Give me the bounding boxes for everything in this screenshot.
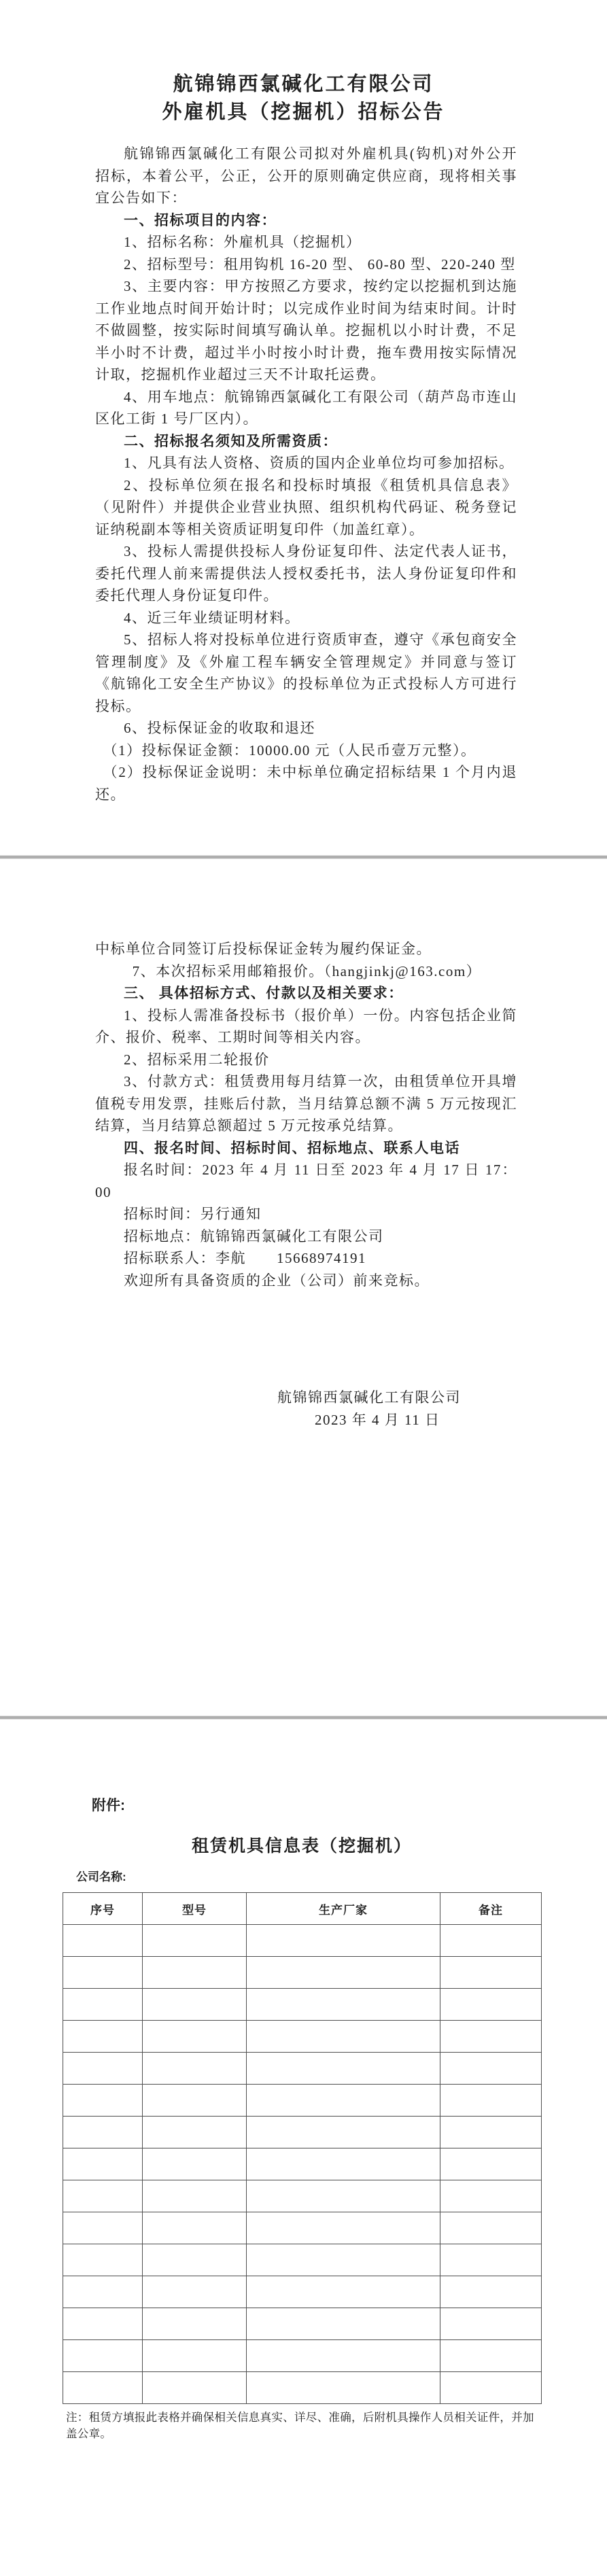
table-cell-empty xyxy=(143,2372,247,2404)
rental-equipment-table: 序号 型号 生产厂家 备注 xyxy=(63,1892,542,2404)
table-cell-empty xyxy=(247,2212,440,2244)
table-cell-empty xyxy=(247,2021,440,2053)
welcome-line: 欢迎所有具备资质的企业（公司）前来竞标。 xyxy=(95,1270,517,1292)
section-1-item-1: 1、招标名称：外雇机具（挖掘机） xyxy=(95,231,517,254)
section-1-item-3: 3、主要内容：甲方按照乙方要求，按约定以挖掘机到达施工作业地点时间开始计时；以完… xyxy=(95,275,517,386)
table-cell-empty xyxy=(143,2340,247,2372)
signature-date: 2023 年 4 月 11 日 xyxy=(315,1409,517,1431)
table-cell-empty xyxy=(143,2308,247,2340)
table-row xyxy=(63,2148,542,2180)
attachment-label: 附件: xyxy=(92,1796,541,1816)
table-cell-empty xyxy=(63,2308,143,2340)
section-4-heading: 四、报名时间、招标时间、招标地点、联系人电话 xyxy=(95,1137,517,1160)
page-2-body: 中标单位合同签订后投标保证金转为履约保证金。 7、本次招标采用邮箱报价。（han… xyxy=(95,938,517,1431)
page-3-body: 附件: 租赁机具信息表（挖掘机） 公司名称: 序号 型号 生产厂家 备注 注：租… xyxy=(63,1796,541,2442)
deposit-amount-item: （1）投标保证金额：10000.00 元（人民币壹万元整）。 xyxy=(95,739,517,762)
table-cell-empty xyxy=(440,2180,542,2212)
document-page-3: 附件: 租赁机具信息表（挖掘机） 公司名称: 序号 型号 生产厂家 备注 注：租… xyxy=(0,1720,607,2576)
table-cell-empty xyxy=(440,2148,542,2180)
table-cell-empty xyxy=(247,2085,440,2117)
table-cell-empty xyxy=(63,1957,143,1989)
column-header-manufacturer: 生产厂家 xyxy=(247,1893,440,1925)
table-cell-empty xyxy=(440,2340,542,2372)
column-header-remarks: 备注 xyxy=(440,1893,542,1925)
table-row xyxy=(63,2117,542,2148)
section-1-heading: 一、招标项目的内容： xyxy=(95,209,517,232)
table-cell-empty xyxy=(143,2148,247,2180)
table-cell-empty xyxy=(247,2244,440,2276)
section-2-item-1: 1、凡具有法人资格、资质的国内企业单位均可参加招标。 xyxy=(95,452,517,474)
table-footnote: 注：租赁方填报此表格并确保相关信息真实、详尽、准确，后附机具操作人员相关证件，并… xyxy=(66,2409,541,2442)
table-cell-empty xyxy=(143,1925,247,1957)
deposit-refund-item: （2）投标保证金说明：未中标单位确定招标结果 1 个月内退还。 xyxy=(95,761,517,805)
table-cell-empty xyxy=(440,2244,542,2276)
company-name-label: 公司名称: xyxy=(76,1869,541,1885)
table-cell-empty xyxy=(143,1989,247,2021)
table-cell-empty xyxy=(440,2212,542,2244)
section-2-item-5: 5、招标人将对投标单位进行资质审查，遵守《承包商安全管理制度》及《外雇工程车辆安… xyxy=(95,629,517,717)
section-3-item-3: 3、付款方式：租赁费用每月结算一次，由租赁单位开具增值税专用发票，挂账后付款，当… xyxy=(95,1071,517,1137)
table-cell-empty xyxy=(63,1989,143,2021)
page-1-body: 航锦锦西氯碱化工有限公司拟对外雇机具(钩机)对外公开招标，本着公平，公正，公开的… xyxy=(95,143,517,805)
table-row xyxy=(63,1925,542,1957)
table-cell-empty xyxy=(63,2053,143,2085)
section-2-item-4: 4、近三年业绩证明材料。 xyxy=(95,607,517,629)
table-cell-empty xyxy=(143,2053,247,2085)
table-row xyxy=(63,2340,542,2372)
table-row xyxy=(63,2212,542,2244)
table-cell-empty xyxy=(247,1957,440,1989)
table-row xyxy=(63,2276,542,2308)
section-2-heading: 二、招标报名须知及所需资质： xyxy=(95,430,517,453)
table-cell-empty xyxy=(247,2340,440,2372)
section-3-item-1: 1、投标人需准备投标书（报价单）一份。内容包括企业简介、报价、税率、工期时间等相… xyxy=(95,1005,517,1049)
table-cell-empty xyxy=(440,1989,542,2021)
table-cell-empty xyxy=(63,2340,143,2372)
section-3-item-2: 2、招标采用二轮报价 xyxy=(95,1049,517,1071)
table-cell-empty xyxy=(63,2180,143,2212)
registration-time-line: 报名时间：2023 年 4 月 11 日至 2023 年 4 月 17 日 17… xyxy=(95,1159,517,1203)
document-page-1: 航锦锦西氯碱化工有限公司 外雇机具（挖掘机）招标公告 航锦锦西氯碱化工有限公司拟… xyxy=(0,0,607,855)
table-cell-empty xyxy=(440,2117,542,2148)
table-row xyxy=(63,1957,542,1989)
table-cell-empty xyxy=(440,2021,542,2053)
table-cell-empty xyxy=(143,2117,247,2148)
table-cell-empty xyxy=(440,2308,542,2340)
document-title-line-2: 外雇机具（挖掘机）招标公告 xyxy=(0,99,607,126)
table-row xyxy=(63,2021,542,2053)
table-row xyxy=(63,2085,542,2117)
table-cell-empty xyxy=(440,2053,542,2085)
table-cell-empty xyxy=(63,2372,143,2404)
table-row xyxy=(63,1989,542,2021)
table-cell-empty xyxy=(247,1925,440,1957)
table-cell-empty xyxy=(143,2276,247,2308)
section-2-item-6: 6、投标保证金的收取和退还 xyxy=(95,717,517,739)
table-cell-empty xyxy=(63,2212,143,2244)
rental-table-body xyxy=(63,1925,542,2404)
table-row xyxy=(63,2180,542,2212)
table-cell-empty xyxy=(440,2085,542,2117)
table-cell-empty xyxy=(63,2021,143,2053)
table-cell-empty xyxy=(143,1957,247,1989)
intro-paragraph: 航锦锦西氯碱化工有限公司拟对外雇机具(钩机)对外公开招标，本着公平，公正，公开的… xyxy=(95,143,517,209)
table-cell-empty xyxy=(247,2148,440,2180)
section-1-item-2: 2、招标型号：租用钩机 16-20 型、 60-80 型、220-240 型 xyxy=(95,254,517,276)
table-cell-empty xyxy=(440,1957,542,1989)
table-row xyxy=(63,2244,542,2276)
table-cell-empty xyxy=(143,2212,247,2244)
table-cell-empty xyxy=(247,2117,440,2148)
section-2-item-3: 3、投标人需提供投标人身份证复印件、法定代表人证书，委托代理人前来需提供法人授权… xyxy=(95,540,517,607)
section-2-item-7-email: 7、本次招标采用邮箱报价。（hangjinkj@163.com） xyxy=(95,960,517,983)
contact-person-line: 招标联系人：李航 15668974191 xyxy=(95,1247,517,1270)
document-title: 航锦锦西氯碱化工有限公司 外雇机具（挖掘机）招标公告 xyxy=(0,71,607,126)
table-cell-empty xyxy=(63,2085,143,2117)
signature-block: 航锦锦西氯碱化工有限公司 2023 年 4 月 11 日 xyxy=(95,1387,517,1431)
table-cell-empty xyxy=(63,2148,143,2180)
attachment-table-title: 租赁机具信息表（挖掘机） xyxy=(63,1834,541,1858)
table-row xyxy=(63,2372,542,2404)
table-cell-empty xyxy=(143,2244,247,2276)
table-cell-empty xyxy=(440,2276,542,2308)
table-cell-empty xyxy=(440,2372,542,2404)
deposit-continuation: 中标单位合同签订后投标保证金转为履约保证金。 xyxy=(95,938,517,960)
table-header-row: 序号 型号 生产厂家 备注 xyxy=(63,1893,542,1925)
section-1-item-4: 4、用车地点：航锦锦西氯碱化工有限公司（葫芦岛市连山区化工街 1 号厂区内）。 xyxy=(95,386,517,430)
table-cell-empty xyxy=(63,2117,143,2148)
bidding-time-line: 招标时间：另行通知 xyxy=(95,1203,517,1225)
table-row xyxy=(63,2308,542,2340)
table-cell-empty xyxy=(63,2244,143,2276)
table-cell-empty xyxy=(247,2053,440,2085)
table-cell-empty xyxy=(143,2085,247,2117)
table-cell-empty xyxy=(143,2180,247,2212)
table-cell-empty xyxy=(143,2021,247,2053)
section-3-heading: 三、 具体招标方式、付款以及相关要求： xyxy=(95,982,517,1005)
table-cell-empty xyxy=(247,2308,440,2340)
table-cell-empty xyxy=(440,1925,542,1957)
table-row xyxy=(63,2053,542,2085)
section-2-item-2: 2、投标单位须在报名和投标时填报《租赁机具信息表》（见附件）并提供企业营业执照、… xyxy=(95,474,517,541)
table-cell-empty xyxy=(63,1925,143,1957)
bidding-location-line: 招标地点：航锦锦西氯碱化工有限公司 xyxy=(95,1225,517,1248)
signature-company: 航锦锦西氯碱化工有限公司 xyxy=(277,1387,517,1409)
column-header-model: 型号 xyxy=(143,1893,247,1925)
table-cell-empty xyxy=(247,2180,440,2212)
table-cell-empty xyxy=(247,1989,440,2021)
column-header-serial-number: 序号 xyxy=(63,1893,143,1925)
table-cell-empty xyxy=(63,2276,143,2308)
document-title-line-1: 航锦锦西氯碱化工有限公司 xyxy=(0,71,607,99)
document-page-2: 中标单位合同签订后投标保证金转为履约保证金。 7、本次招标采用邮箱报价。（han… xyxy=(0,859,607,1716)
table-cell-empty xyxy=(247,2276,440,2308)
table-cell-empty xyxy=(247,2372,440,2404)
